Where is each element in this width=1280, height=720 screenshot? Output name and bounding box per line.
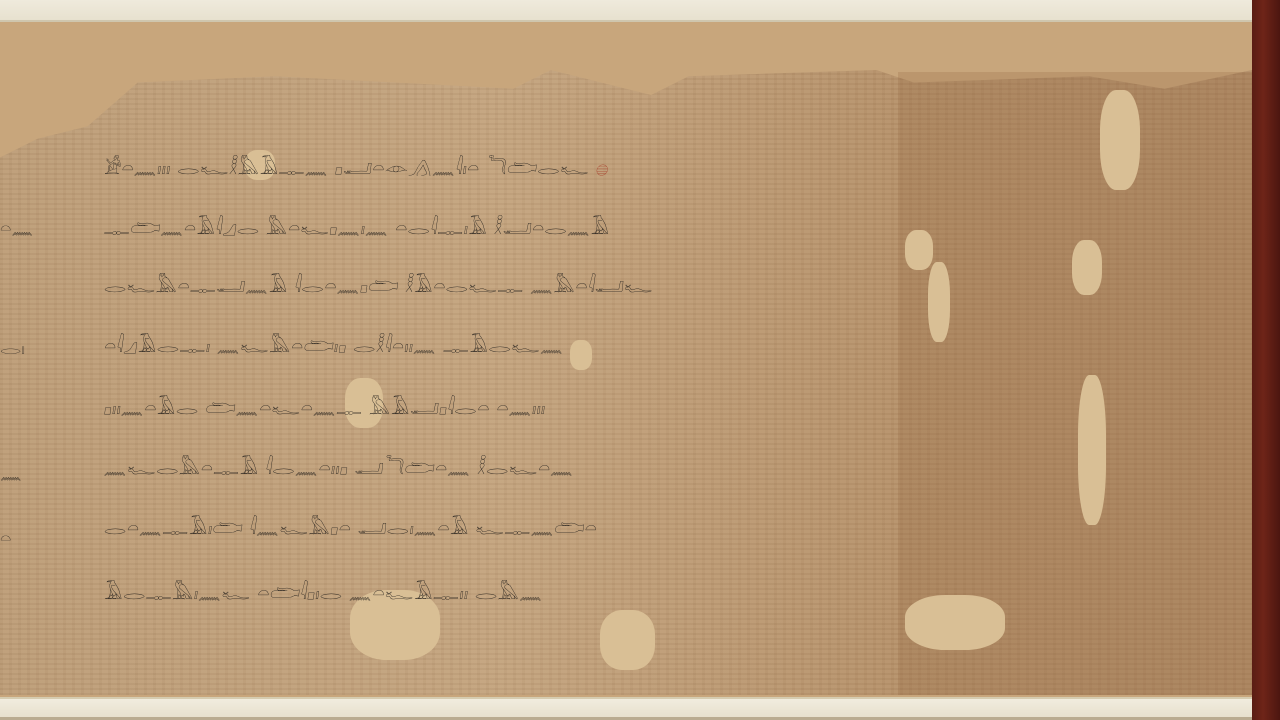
papyrus-damage	[1100, 90, 1140, 190]
margin-fragment: 𓂋𓏤	[0, 330, 25, 360]
hieratic-line-6: 𓈖𓆑𓂋𓅓𓏏𓊃𓄿 𓇋𓂋𓈖𓏏𓏤𓏤𓊪 𓂝𓆓𓂧𓏏𓈖 𓎛𓂋𓆑𓏏𓈖	[103, 450, 867, 476]
hieratic-line-4: 𓏏𓇋𓈎𓄿𓂋𓊃𓏤 𓈖𓆑𓅓𓏏𓂧𓏤𓊪 𓂋𓎛𓇋𓏏𓏤𓏤𓈖 𓊃𓄿𓂋𓆑𓈖	[103, 328, 897, 354]
hieratic-line-2: 𓊃𓂧𓈖𓏏𓄿𓇋𓈎𓂋 𓅓𓏏𓆑𓊪𓈖𓏤𓈖 𓏏𓂋𓇋𓊃𓏤𓄿 𓎛𓂝𓏏𓂋𓈖𓄿	[103, 210, 897, 236]
hieratic-line-1: 𓀀𓏏𓈖𓏤𓏤𓏤 𓂋𓆑𓎛𓅓𓄿𓊃𓈖 𓊪𓂝𓏏𓁹𓂻𓈖𓇋𓏤𓏏 𓆓𓂧𓂋𓆑 𓐍	[103, 150, 767, 176]
papyrus-photo: 𓀀𓏏𓈖𓏤𓏤𓏤 𓂋𓆑𓎛𓅓𓄿𓊃𓈖 𓊪𓂝𓏏𓁹𓂻𓈖𓇋𓏤𓏏 𓆓𓂧𓂋𓆑 𓐍 𓊃𓂧𓈖𓏏𓄿𓇋𓈎𓂋…	[0, 0, 1280, 720]
papyrus-damage	[928, 262, 950, 342]
hieratic-line-3: 𓂋𓆑𓅓𓏏𓊃𓂝𓈖𓄿 𓇋𓂋𓏏𓈖𓊪𓂧 𓎛𓄿𓏏𓂋𓆑𓊃 𓈖𓅓𓏏𓇋𓂝𓆑	[103, 268, 897, 294]
papyrus-damage	[905, 595, 1005, 650]
margin-fragment: 𓏏𓈖	[0, 210, 33, 240]
mount-bottom-edge	[0, 697, 1252, 720]
papyrus-damage	[1072, 240, 1102, 295]
margin-fragment: 𓏏	[0, 520, 11, 550]
papyrus-damage	[600, 610, 655, 670]
mount-top-edge	[0, 0, 1252, 22]
papyrus-damage	[905, 230, 933, 270]
margin-fragment: 𓈖	[0, 455, 22, 485]
hieratic-line-7: 𓂋𓏏𓈖𓊃𓄿𓏤𓂧 𓇋𓈖𓆑𓅓𓊪𓏏 𓂝𓂋𓏤𓈖𓏏𓄿 𓆑𓊃𓈖𓂧𓏏	[103, 510, 877, 536]
wooden-frame	[1252, 0, 1280, 720]
papyrus-damage	[1078, 375, 1106, 525]
hieratic-line-5: 𓊪𓏤𓏤𓈖𓏏𓄿𓂋 𓂧𓈖𓏏𓆑𓏏𓈖𓊃 𓅓𓄿𓂝𓊪𓇋𓂋𓏏 𓏏𓈖𓏤𓏤𓏤	[103, 390, 897, 416]
hieratic-line-8: 𓄿𓂋𓊃𓅓𓏤𓈖𓆑 𓏏𓂧𓇋𓊪𓏤𓂋 𓈖𓏏𓆑𓄿𓊃𓏤𓏤 𓂋𓅓𓈖	[103, 575, 877, 601]
